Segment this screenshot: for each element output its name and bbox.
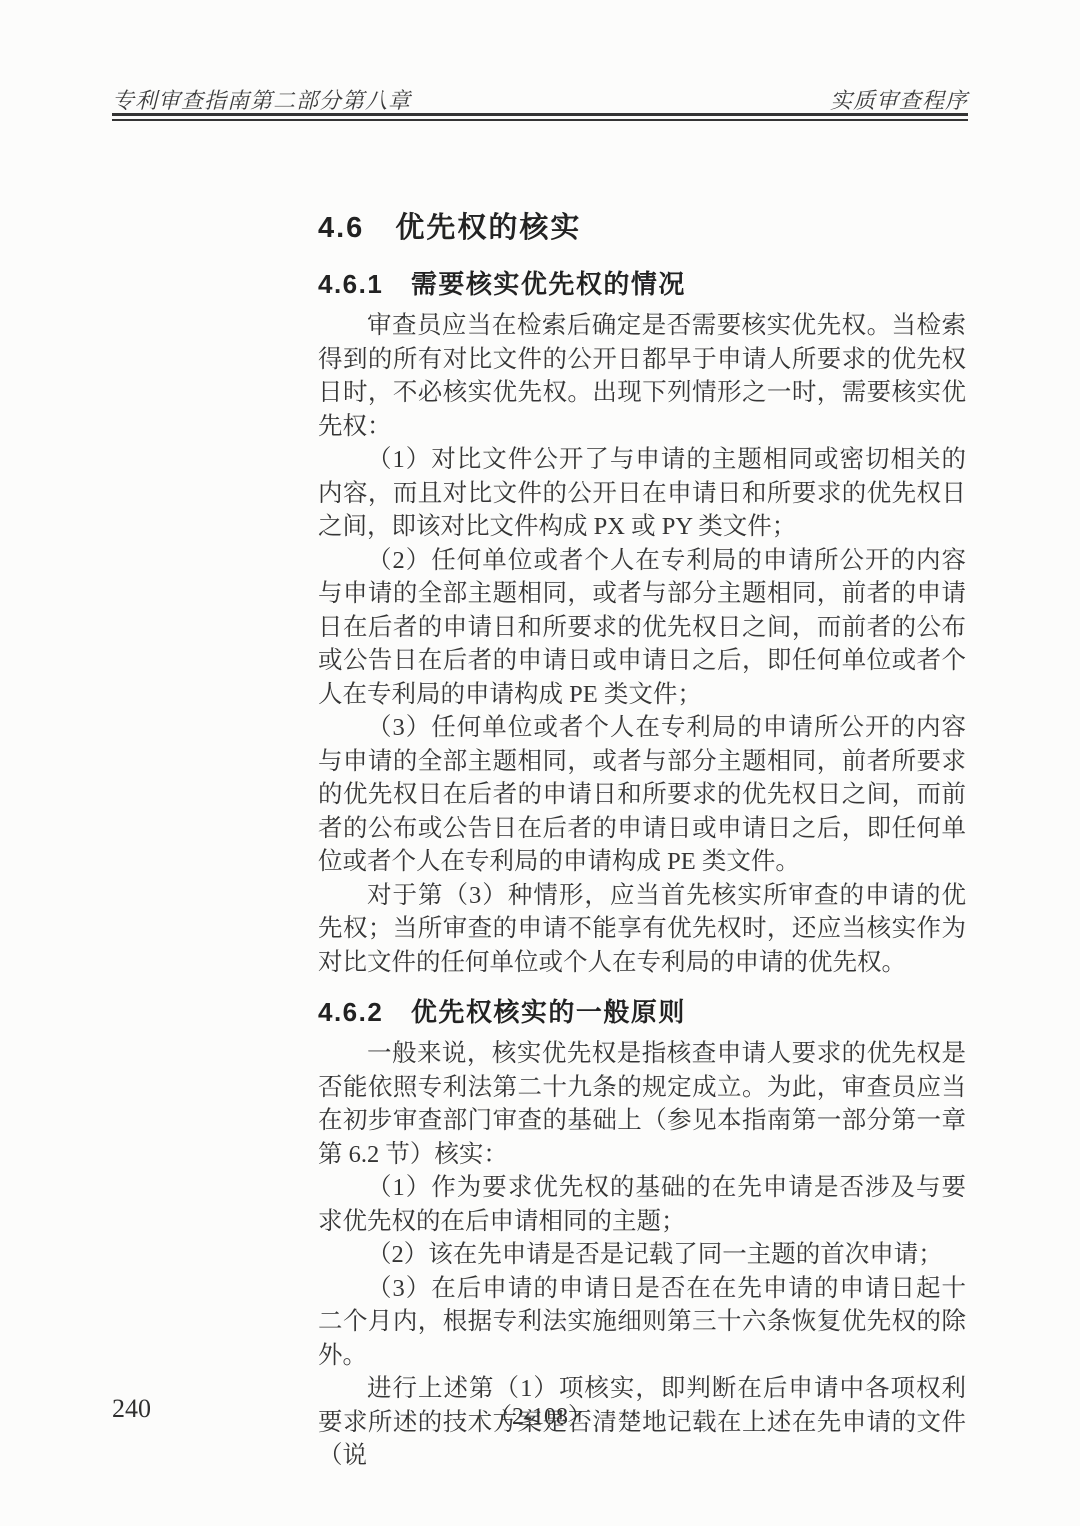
- header-double-rule: [112, 113, 968, 121]
- list-item-1: （1）对比文件公开了与申请的主题相同或密切相关的内容，而且对比文件的公开日在申请…: [318, 443, 966, 544]
- paragraph: 审查员应当在检索后确定是否需要核实优先权。当检索得到的所有对比文件的公开日都早于…: [318, 309, 966, 443]
- list-item-3: （3）在后申请的申请日是否在在先申请的申请日起十二个月内，根据专利法实施细则第三…: [318, 1272, 966, 1373]
- list-item-2: （2）任何单位或者个人在专利局的申请所公开的内容与申请的全部主题相同，或者与部分…: [318, 544, 966, 712]
- paragraph: 对于第（3）种情形，应当首先核实所审查的申请的优先权；当所审查的申请不能享有优先…: [318, 879, 966, 980]
- header-right-title: 实质审查程序: [830, 84, 968, 115]
- page-header: 专利审查指南第二部分第八章 实质审查程序: [112, 84, 968, 115]
- paragraph: 一般来说，核实优先权是指核查申请人要求的优先权是否能依照专利法第二十九条的规定成…: [318, 1037, 966, 1171]
- list-item-3: （3）任何单位或者个人在专利局的申请所公开的内容与申请的全部主题相同，或者与部分…: [318, 711, 966, 879]
- footer-volume-page: （2-108）: [0, 1396, 1080, 1431]
- section-heading-4-6-1: 4.6.1 需要核实优先权的情况: [318, 268, 966, 301]
- section-heading-4-6: 4.6 优先权的核实: [318, 211, 966, 245]
- list-item-2: （2）该在先申请是否是记载了同一主题的首次申请；: [318, 1238, 966, 1272]
- list-item-1: （1）作为要求优先权的基础的在先申请是否涉及与要求优先权的在后申请相同的主题；: [318, 1171, 966, 1238]
- header-left-title: 专利审查指南第二部分第八章: [112, 84, 411, 115]
- main-text-column: 4.6 优先权的核实4.6.1 需要核实优先权的情况审查员应当在检索后确定是否需…: [318, 211, 966, 1473]
- document-page: 专利审查指南第二部分第八章 实质审查程序 4.6 优先权的核实4.6.1 需要核…: [0, 0, 1080, 1526]
- section-heading-4-6-2: 4.6.2 优先权核实的一般原则: [318, 996, 966, 1029]
